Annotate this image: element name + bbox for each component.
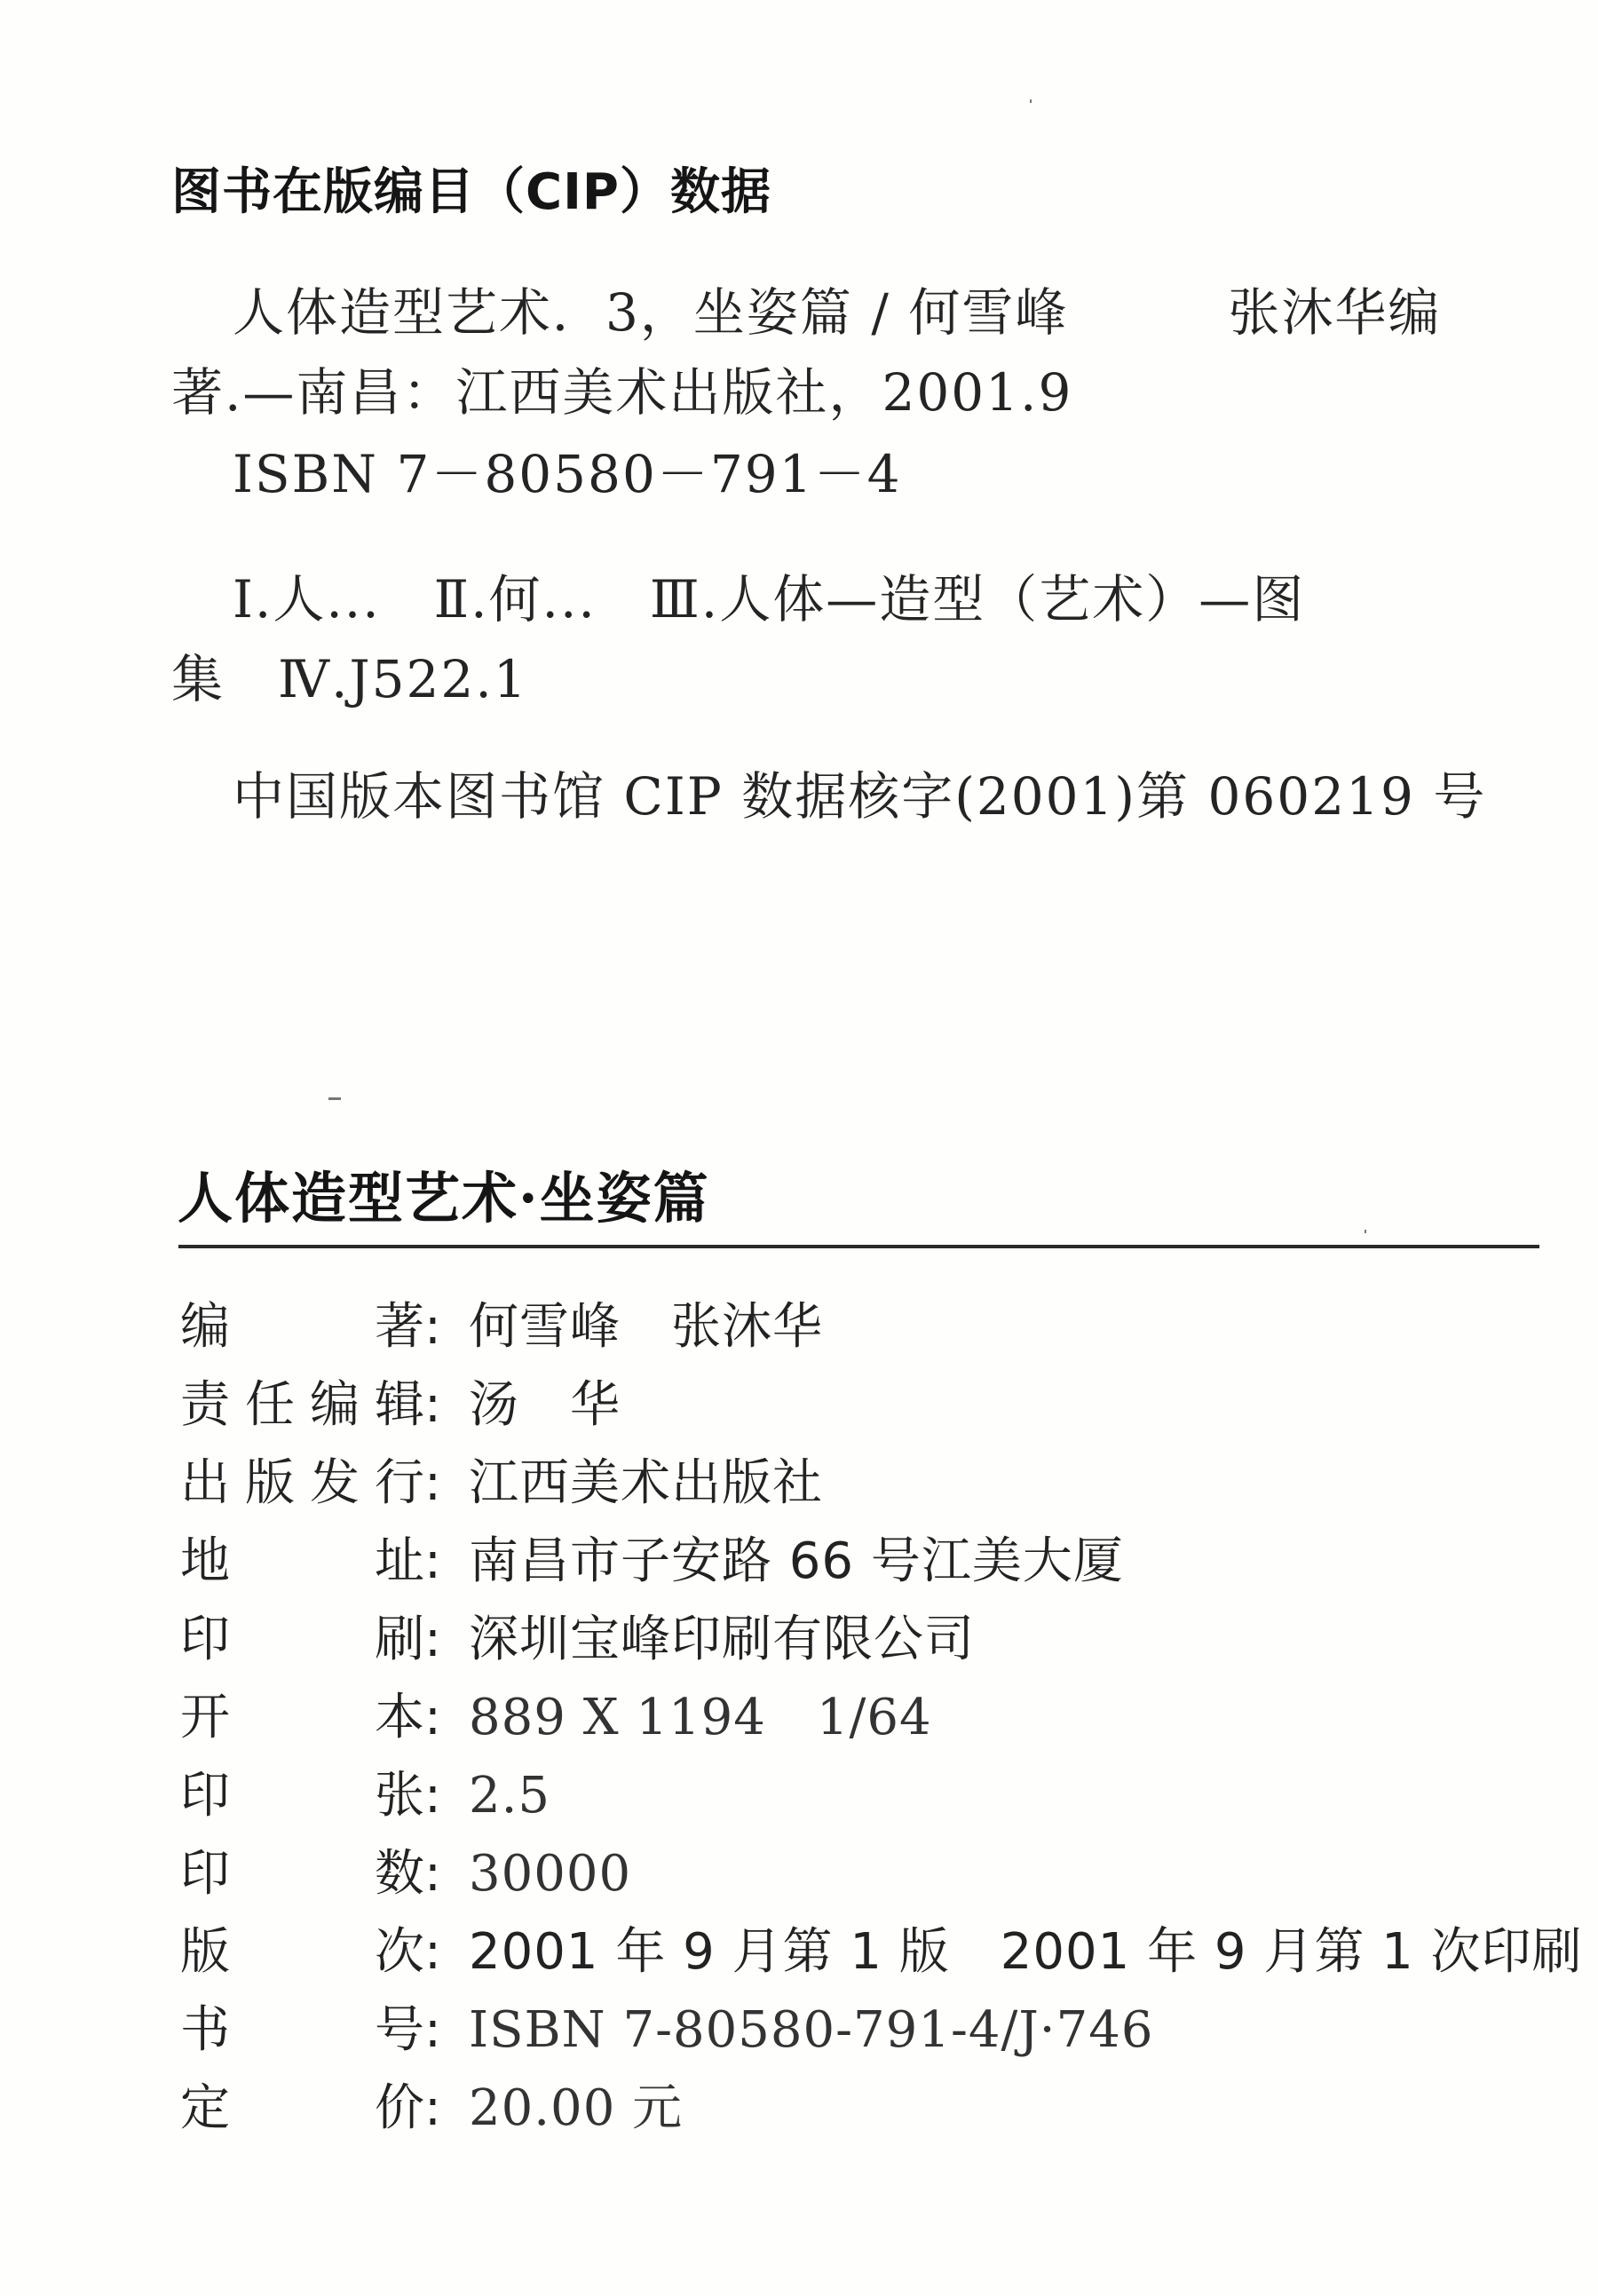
row-format: 开本 : 889 X 1194 1/64 (180, 1678, 1583, 1756)
row-value: ISBN 7-80580-791-4/J·746 (469, 2001, 1154, 2059)
row-address: 地址 : 南昌市子安路 66 号江美大厦 (180, 1522, 1583, 1600)
row-label: 责任编辑 (180, 1366, 424, 1437)
row-value: 江西美术出版社 (469, 1444, 823, 1515)
row-label: 开本 (180, 1678, 424, 1749)
row-label: 地址 (180, 1522, 424, 1593)
scan-speck (1030, 99, 1032, 103)
row-label: 书号 (180, 1991, 424, 2062)
cip-isbn-line: ISBN 7－80580－791－4 (233, 432, 901, 507)
row-value: 30000 (469, 1845, 631, 1903)
cip-heading: 图书在版编目（CIP）数据 (171, 153, 771, 224)
cip-subject-line: Ⅰ.人... Ⅱ.何... Ⅲ.人体—造型（艺术）—图 (233, 558, 1305, 632)
row-label: 定价 (180, 2069, 424, 2140)
row-label: 印张 (180, 1756, 424, 1827)
row-value: 2.5 (469, 1767, 550, 1825)
row-value: 889 X 1194 1/64 (469, 1678, 932, 1749)
scan-speck (1365, 1230, 1366, 1233)
row-editor: 责任编辑 : 汤 华 (180, 1366, 1583, 1444)
title-divider (178, 1245, 1539, 1248)
row-label: 版次 (180, 1912, 424, 1983)
cip-verification-line: 中国版本图书馆 CIP 数据核字(2001)第 060219 号 (233, 755, 1486, 829)
row-value: 20.00 元 (469, 2069, 683, 2140)
colophon-table: 编著 : 何雪峰 张沐华 责任编辑 : 汤 华 出版发行 : 江西美术出版社 地… (180, 1287, 1583, 2147)
row-value: 2001 年 9 月第 1 版 2001 年 9 月第 1 次印刷 (469, 1912, 1583, 1983)
row-label: 印刷 (180, 1600, 424, 1671)
row-sheets: 印张 : 2.5 (180, 1756, 1583, 1834)
row-price: 定价 : 20.00 元 (180, 2069, 1583, 2147)
cip-classification-line: 集 Ⅳ.J522.1 (171, 637, 528, 712)
row-publisher: 出版发行 : 江西美术出版社 (180, 1444, 1583, 1522)
row-label: 出版发行 (180, 1444, 424, 1515)
cip-title-line: 人体造型艺术．3，坐姿篇 / 何雪峰 张沐华编 (233, 271, 1441, 345)
row-author: 编著 : 何雪峰 张沐华 (180, 1287, 1583, 1366)
row-print-run: 印数 : 30000 (180, 1834, 1583, 1912)
row-label: 编著 (180, 1287, 424, 1358)
row-isbn: 书号 : ISBN 7-80580-791-4/J·746 (180, 1991, 1583, 2069)
row-label: 印数 (180, 1834, 424, 1905)
row-printer: 印刷 : 深圳宝峰印刷有限公司 (180, 1600, 1583, 1678)
row-value: 南昌市子安路 66 号江美大厦 (469, 1522, 1124, 1593)
row-value: 深圳宝峰印刷有限公司 (469, 1600, 975, 1671)
cip-publisher-line: 著.—南昌：江西美术出版社，2001.9 (171, 351, 1072, 425)
scan-speck (328, 1097, 341, 1100)
row-value: 汤 华 (469, 1366, 621, 1437)
row-value: 何雪峰 张沐华 (469, 1287, 823, 1358)
book-title: 人体造型艺术·坐姿篇 (178, 1154, 710, 1233)
row-edition: 版次 : 2001 年 9 月第 1 版 2001 年 9 月第 1 次印刷 (180, 1912, 1583, 1991)
